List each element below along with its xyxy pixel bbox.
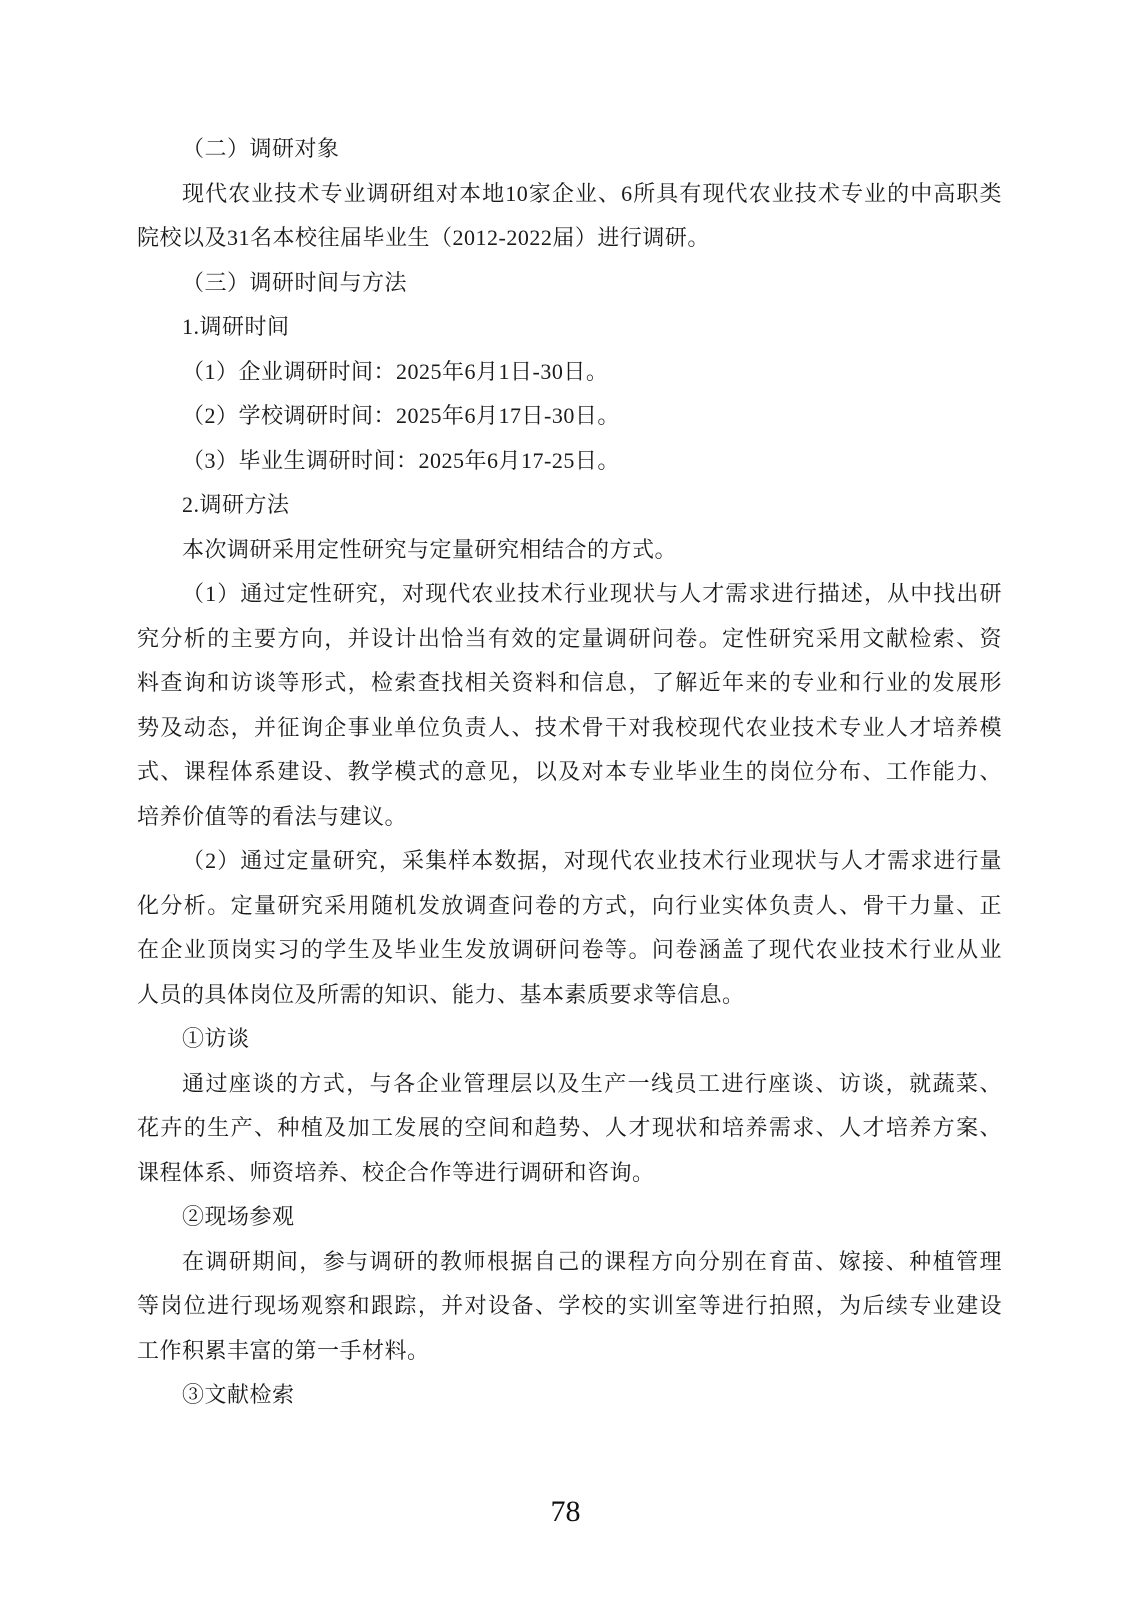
text-line: 通过座谈的方式，与各企业管理层以及生产一线员工进行座谈、访谈，就蔬菜、 — [137, 1062, 1002, 1107]
text-line: 本次调研采用定性研究与定量研究相结合的方式。 — [137, 528, 1002, 573]
text-line: （三）调研时间与方法 — [137, 261, 1002, 306]
text-line: 工作积累丰富的第一手材料。 — [137, 1329, 1002, 1374]
text-line: 式、课程体系建设、教学模式的意见，以及对本专业毕业生的岗位分布、工作能力、 — [137, 750, 1002, 795]
text-line: 课程体系、师资培养、校企合作等进行调研和咨询。 — [137, 1151, 1002, 1196]
text-line: （3）毕业生调研时间：2025年6月17-25日。 — [137, 439, 1002, 484]
text-line: （2）通过定量研究，采集样本数据，对现代农业技术行业现状与人才需求进行量 — [137, 839, 1002, 884]
text-line: ③文献检索 — [137, 1373, 1002, 1418]
text-line: ①访谈 — [137, 1017, 1002, 1062]
document-page: （二）调研对象现代农业技术专业调研组对本地10家企业、6所具有现代农业技术专业的… — [0, 0, 1131, 1600]
text-line: （2）学校调研时间：2025年6月17日-30日。 — [137, 394, 1002, 439]
text-line: 在企业顶岗实习的学生及毕业生发放调研问卷等。问卷涵盖了现代农业技术行业从业 — [137, 928, 1002, 973]
text-line: 培养价值等的看法与建议。 — [137, 795, 1002, 840]
document-body: （二）调研对象现代农业技术专业调研组对本地10家企业、6所具有现代农业技术专业的… — [137, 127, 1002, 1418]
text-line: 究分析的主要方向，并设计出恰当有效的定量调研问卷。定性研究采用文献检索、资 — [137, 617, 1002, 662]
text-line: （1）通过定性研究，对现代农业技术行业现状与人才需求进行描述，从中找出研 — [137, 572, 1002, 617]
text-line: 人员的具体岗位及所需的知识、能力、基本素质要求等信息。 — [137, 973, 1002, 1018]
text-line: 现代农业技术专业调研组对本地10家企业、6所具有现代农业技术专业的中高职类 — [137, 172, 1002, 217]
text-line: （1）企业调研时间：2025年6月1日-30日。 — [137, 350, 1002, 395]
text-line: ②现场参观 — [137, 1195, 1002, 1240]
page-footer: 78 — [0, 1495, 1131, 1529]
text-line: 花卉的生产、种植及加工发展的空间和趋势、人才现状和培养需求、人才培养方案、 — [137, 1106, 1002, 1151]
text-line: 2.调研方法 — [137, 483, 1002, 528]
text-line: 院校以及31名本校往届毕业生（2012-2022届）进行调研。 — [137, 216, 1002, 261]
text-line: 1.调研时间 — [137, 305, 1002, 350]
page-number: 78 — [551, 1495, 581, 1528]
text-line: 在调研期间，参与调研的教师根据自己的课程方向分别在育苗、嫁接、种植管理 — [137, 1240, 1002, 1285]
text-line: 料查询和访谈等形式，检索查找相关资料和信息，了解近年来的专业和行业的发展形 — [137, 661, 1002, 706]
text-line: 势及动态，并征询企事业单位负责人、技术骨干对我校现代农业技术专业人才培养模 — [137, 706, 1002, 751]
text-line: （二）调研对象 — [137, 127, 1002, 172]
text-line: 等岗位进行现场观察和跟踪，并对设备、学校的实训室等进行拍照，为后续专业建设 — [137, 1284, 1002, 1329]
text-line: 化分析。定量研究采用随机发放调查问卷的方式，向行业实体负责人、骨干力量、正 — [137, 884, 1002, 929]
